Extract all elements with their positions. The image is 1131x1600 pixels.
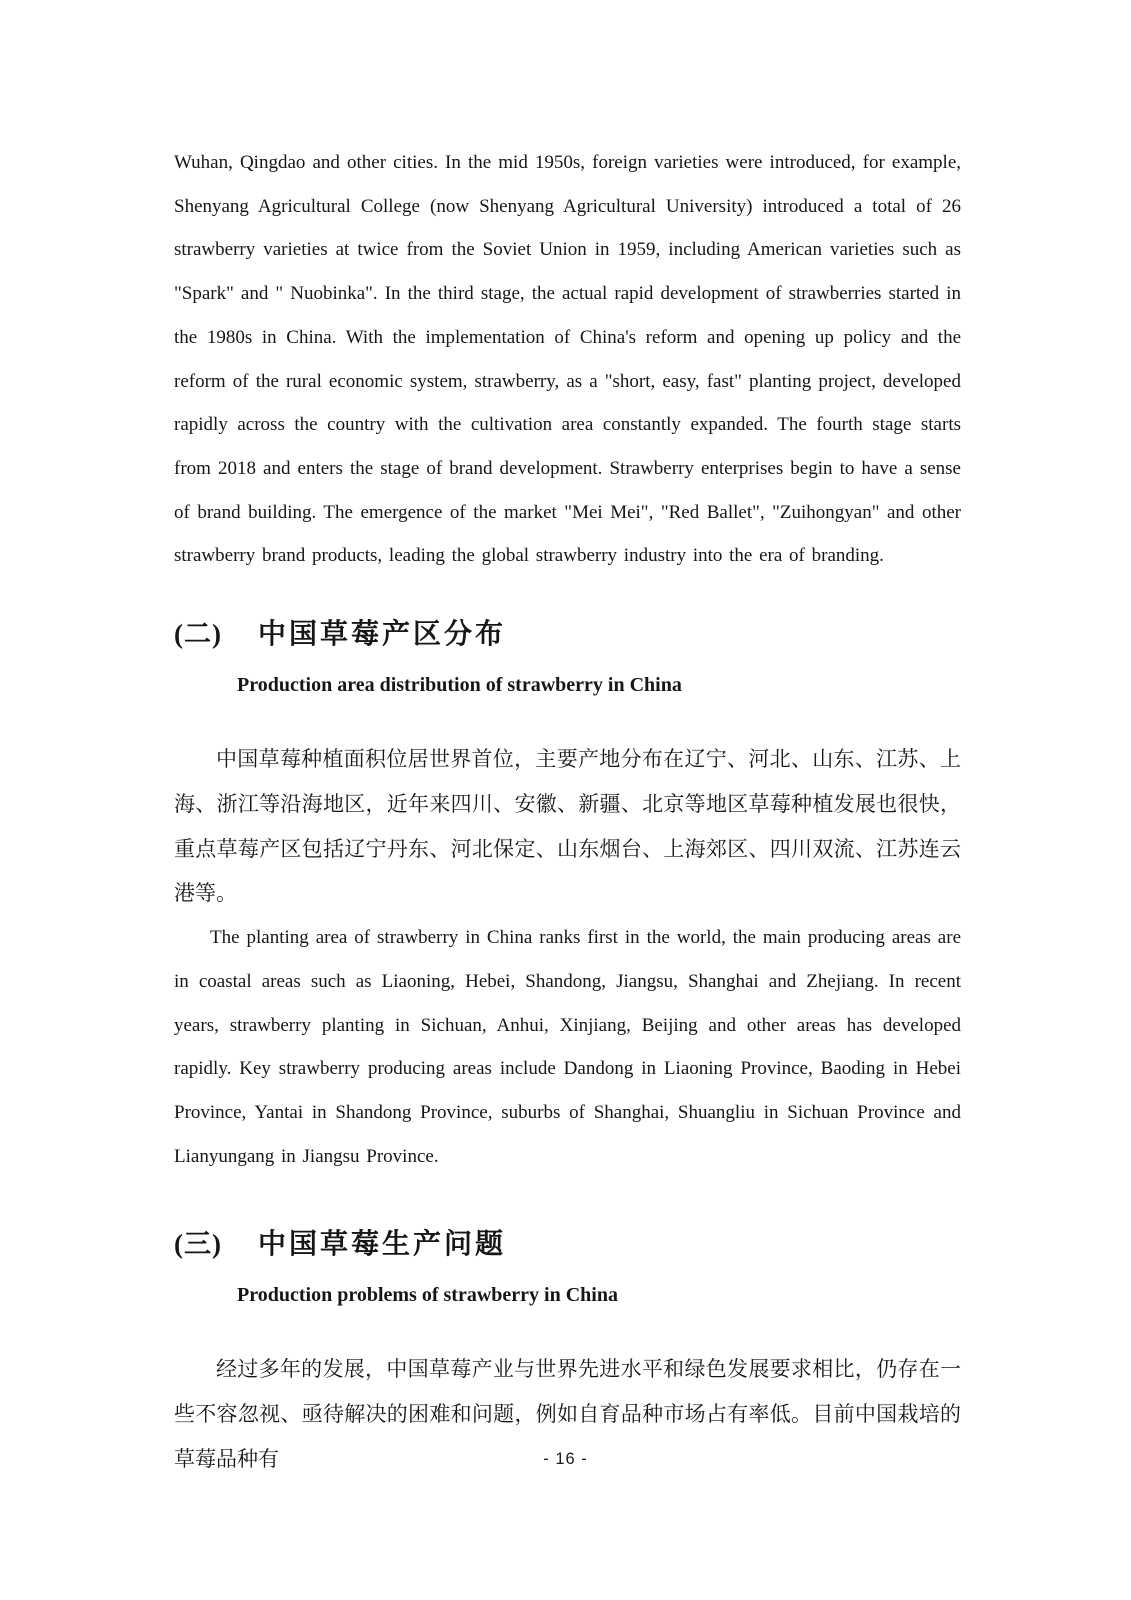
section-title-zh: 中国草莓产区分布 bbox=[258, 615, 506, 655]
document-page: Wuhan, Qingdao and other cities. In the … bbox=[0, 0, 1131, 1600]
paragraph-zh-production-areas: 中国草莓种植面积位居世界首位，主要产地分布在辽宁、河北、山东、江苏、上海、浙江等… bbox=[174, 737, 961, 916]
section-heading-production-problems: (三) 中国草莓生产问题 bbox=[174, 1224, 961, 1265]
section-marker: (三) bbox=[174, 1224, 222, 1264]
paragraph-history-continuation: Wuhan, Qingdao and other cities. In the … bbox=[174, 141, 961, 578]
section-subtitle-en: Production area distribution of strawber… bbox=[237, 671, 961, 699]
paragraph-en-production-areas: The planting area of strawberry in China… bbox=[174, 916, 961, 1178]
section-marker: (二) bbox=[174, 614, 222, 654]
section-title-zh: 中国草莓生产问题 bbox=[258, 1225, 506, 1265]
section-heading-production-areas: (二) 中国草莓产区分布 bbox=[174, 614, 961, 655]
page-number: - 16 - bbox=[0, 1450, 1131, 1469]
section-subtitle-en: Production problems of strawberry in Chi… bbox=[237, 1281, 961, 1309]
